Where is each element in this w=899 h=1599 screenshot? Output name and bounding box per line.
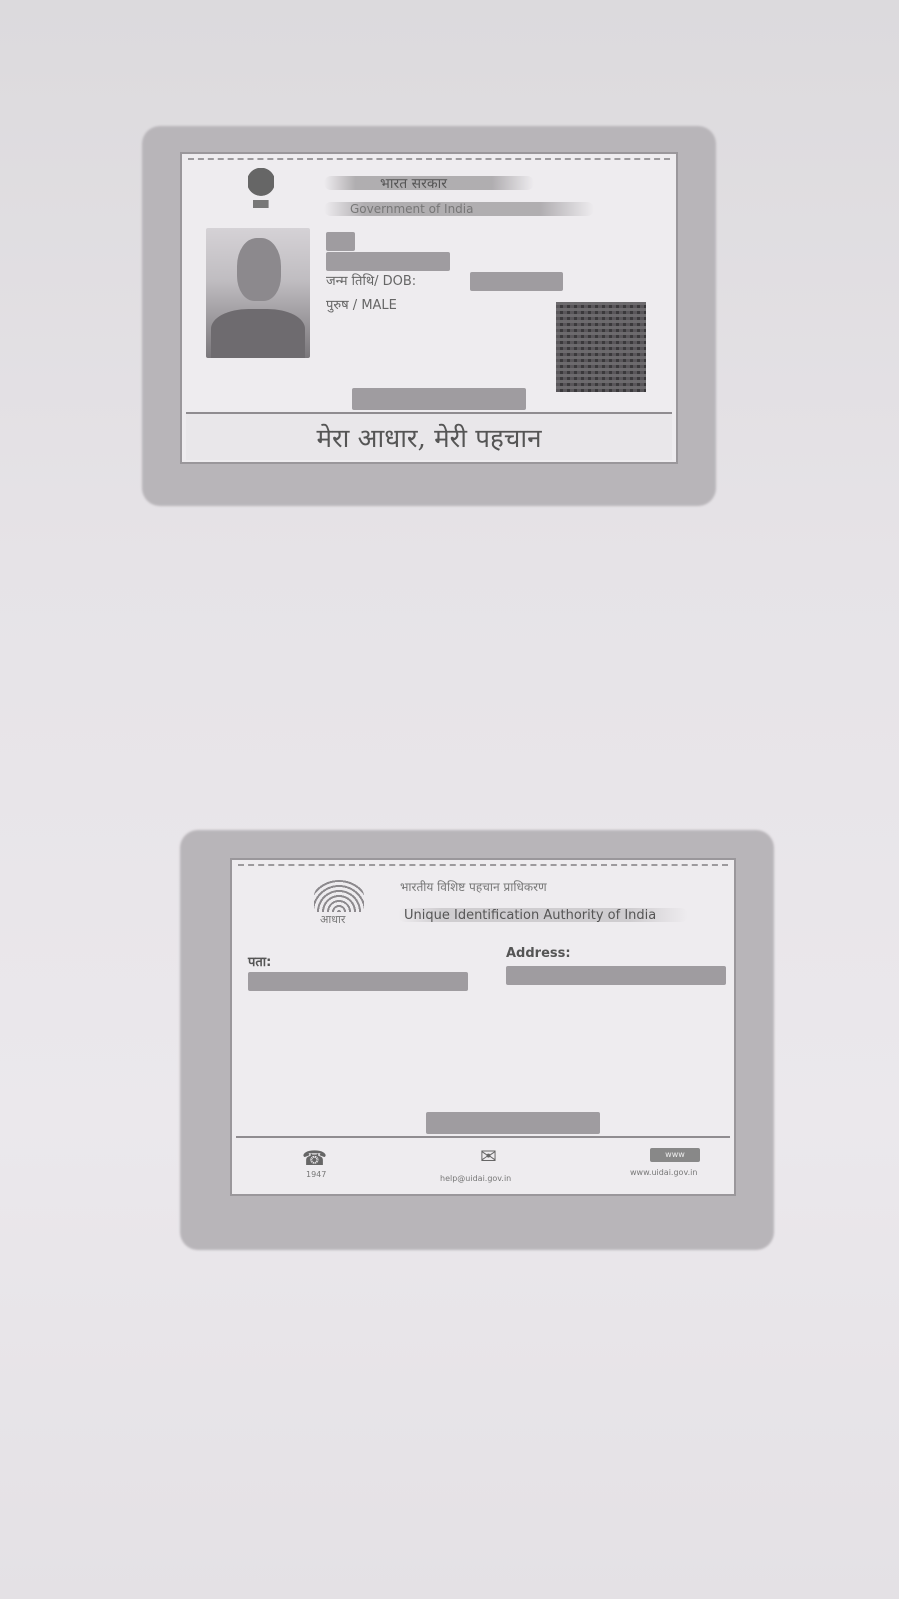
authority-hindi: भारतीय विशिष्ट पहचान प्राधिकरण [400, 878, 547, 895]
email: help@uidai.gov.in [440, 1174, 511, 1183]
qr-code [556, 302, 646, 392]
issuer-hindi: भारत सरकार [380, 174, 447, 193]
address-hindi: [पता] [248, 972, 468, 991]
back-card: आधार भारतीय विशिष्ट पहचान प्राधिकरण Uniq… [230, 858, 736, 1196]
aadhaar-logo-icon: आधार [304, 880, 374, 930]
address-label-hindi: पता: [248, 952, 271, 970]
dob-label: जन्म तिथि/ DOB: [326, 272, 416, 291]
name-english: [Cardholder Name] [326, 252, 450, 271]
front-card: भारत सरकार Government of India [नाम] [Ca… [180, 152, 678, 464]
id-number: XXXX XXXX XXXX [352, 388, 526, 410]
helpline: 1947 [306, 1170, 326, 1179]
mail-icon: ✉ [480, 1144, 497, 1168]
phone-icon: ☎ [302, 1146, 327, 1170]
slogan-text: मेरा आधार, मेरी पहचान [316, 419, 541, 455]
www-badge: www [650, 1148, 700, 1162]
slogan: मेरा आधार, मेरी पहचान [186, 412, 672, 460]
cut-line [188, 158, 670, 160]
address-english: [Address redacted] [506, 966, 726, 985]
gender: पुरुष / MALE [326, 296, 397, 315]
authority-english: Unique Identification Authority of India [404, 908, 656, 923]
id-number: XXXX XXXX XXXX [426, 1112, 600, 1134]
website: www.uidai.gov.in [630, 1168, 697, 1177]
cardholder-photo [206, 228, 310, 358]
cut-line [238, 864, 728, 866]
name-hindi: [नाम] [326, 232, 355, 251]
footer: ☎ 1947 ✉ help@uidai.gov.in www www.uidai… [236, 1136, 730, 1194]
issuer-english: Government of India [350, 202, 473, 216]
national-emblem-icon [248, 168, 274, 214]
address-label-english: Address: [506, 946, 571, 961]
dob-value: [DD/MM/YYYY] [470, 272, 563, 291]
